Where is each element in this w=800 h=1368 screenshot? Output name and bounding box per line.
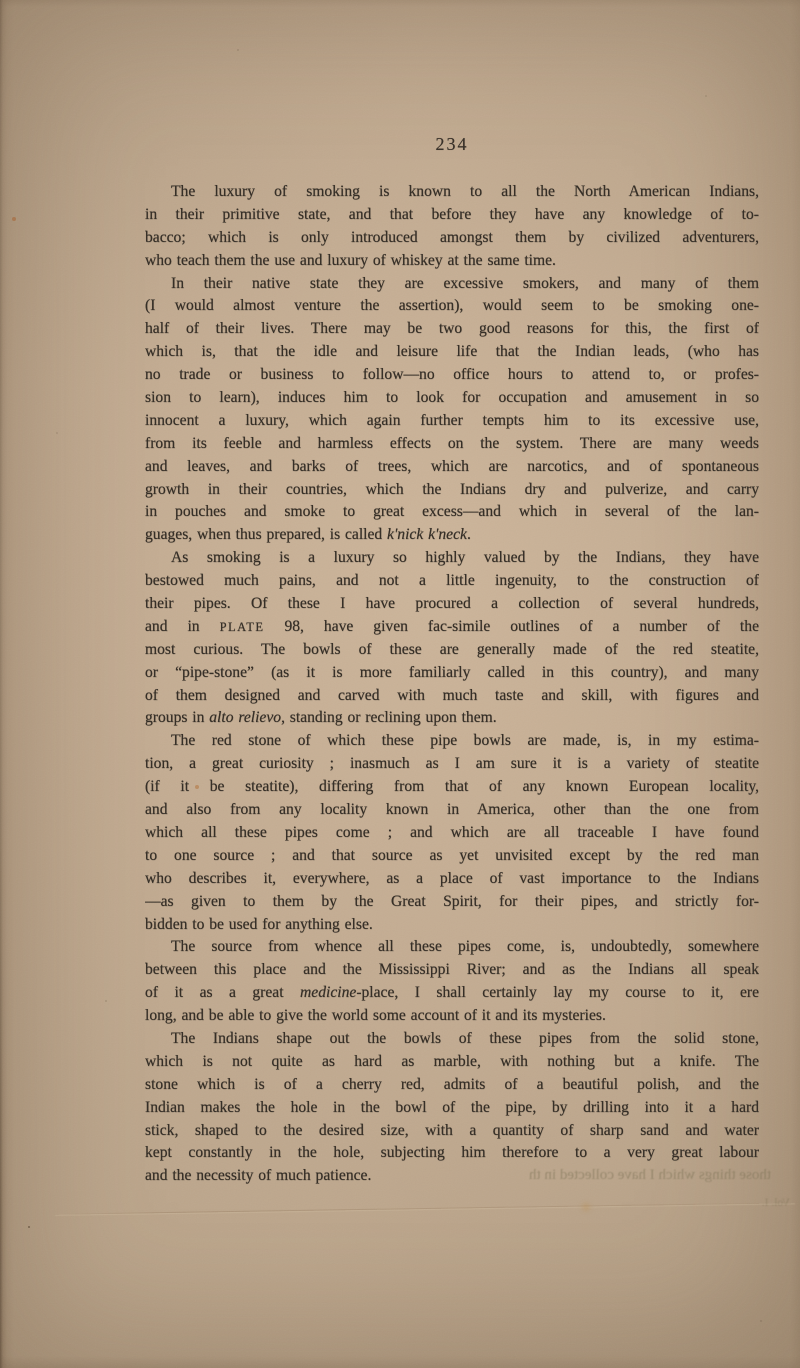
paragraph: The Indians shape out the bowls of these… [145,1028,759,1188]
text-line: to one source ; and that source as yet u… [145,845,759,868]
paper-specks [0,0,2,2]
body-text: The luxury of smoking is known to all th… [145,181,759,1188]
text-line: which is, that the idle and leisure life… [145,341,759,364]
text-line: (if it be steatite), differing from that… [145,776,759,799]
paragraph: As smoking is a luxury so highly valued … [145,547,759,730]
paragraph: In their native state they are excessive… [145,273,759,548]
text-line: and also from any locality known in Amer… [145,799,759,822]
text-line: and in PLATE 98, have given fac-simile o… [145,616,759,639]
text-line: and the necessity of much patience. [145,1165,759,1188]
book-page-scan: 234 The luxury of smoking is known to al… [0,0,800,1368]
text-line: who describes it, everywhere, as a place… [145,868,759,891]
text-line: guages, when thus prepared, is called k'… [145,524,759,547]
text-line: their pipes. Of these I have procured a … [145,593,759,616]
paragraph: The source from whence all these pipes c… [145,936,759,1028]
paragraph: The red stone of which these pipe bowls … [145,730,759,936]
text-line: in their primitive state, and that befor… [145,204,759,227]
text-line: In their native state they are excessive… [145,273,759,296]
text-line: tion, a great curiosity ; inasmuch as I … [145,753,759,776]
text-line: who teach them the use and luxury of whi… [145,250,759,273]
text-line: which is not quite as hard as marble, wi… [145,1051,759,1074]
text-line: The source from whence all these pipes c… [145,936,759,959]
text-line: no trade or business to follow—no office… [145,364,759,387]
text-line: —as given to them by the Great Spirit, f… [145,891,759,914]
text-line: innocent a luxury, which again further t… [145,410,759,433]
text-line: in pouches and smoke to great excess—and… [145,501,759,524]
text-line: As smoking is a luxury so highly valued … [145,547,759,570]
text-line: of it as a great medicine-place, I shall… [145,982,759,1005]
text-line: The red stone of which these pipe bowls … [145,730,759,753]
text-line: between this place and the Mississippi R… [145,959,759,982]
text-line: kept constantly in the hole, subjecting … [145,1142,759,1165]
text-line: The luxury of smoking is known to all th… [145,181,759,204]
text-line: Indian makes the hole in the bowl of the… [145,1097,759,1120]
text-line: sion to learn), induces him to look for … [145,387,759,410]
text-line: stick, shaped to the desired size, with … [145,1120,759,1143]
page-number: 234 [145,134,759,155]
text-line: groups in alto relievo, standing or recl… [145,707,759,730]
paragraph: The luxury of smoking is known to all th… [145,181,759,273]
text-line: of them designed and carved with much ta… [145,685,759,708]
text-line: stone which is of a cherry red, admits o… [145,1074,759,1097]
text-line: most curious. The bowls of these are gen… [145,639,759,662]
text-line: from its feeble and harmless effects on … [145,433,759,456]
text-line: bidden to be used for anything else. [145,914,759,937]
text-line: half of their lives. There may be two go… [145,318,759,341]
text-line: bacco; which is only introduced amongst … [145,227,759,250]
text-line: long, and be able to give the world some… [145,1005,759,1028]
text-line: bestowed much pains, and not a little in… [145,570,759,593]
text-line: which all these pipes come ; and which a… [145,822,759,845]
text-line: growth in their countries, which the Ind… [145,479,759,502]
text-line: The Indians shape out the bowls of these… [145,1028,759,1051]
crease-line [55,1202,795,1215]
text-line: and leaves, and barks of trees, which ar… [145,456,759,479]
text-line: or “pipe-stone” (as it is more familiarl… [145,662,759,685]
text-line: (I would almost venture the assertion), … [145,295,759,318]
